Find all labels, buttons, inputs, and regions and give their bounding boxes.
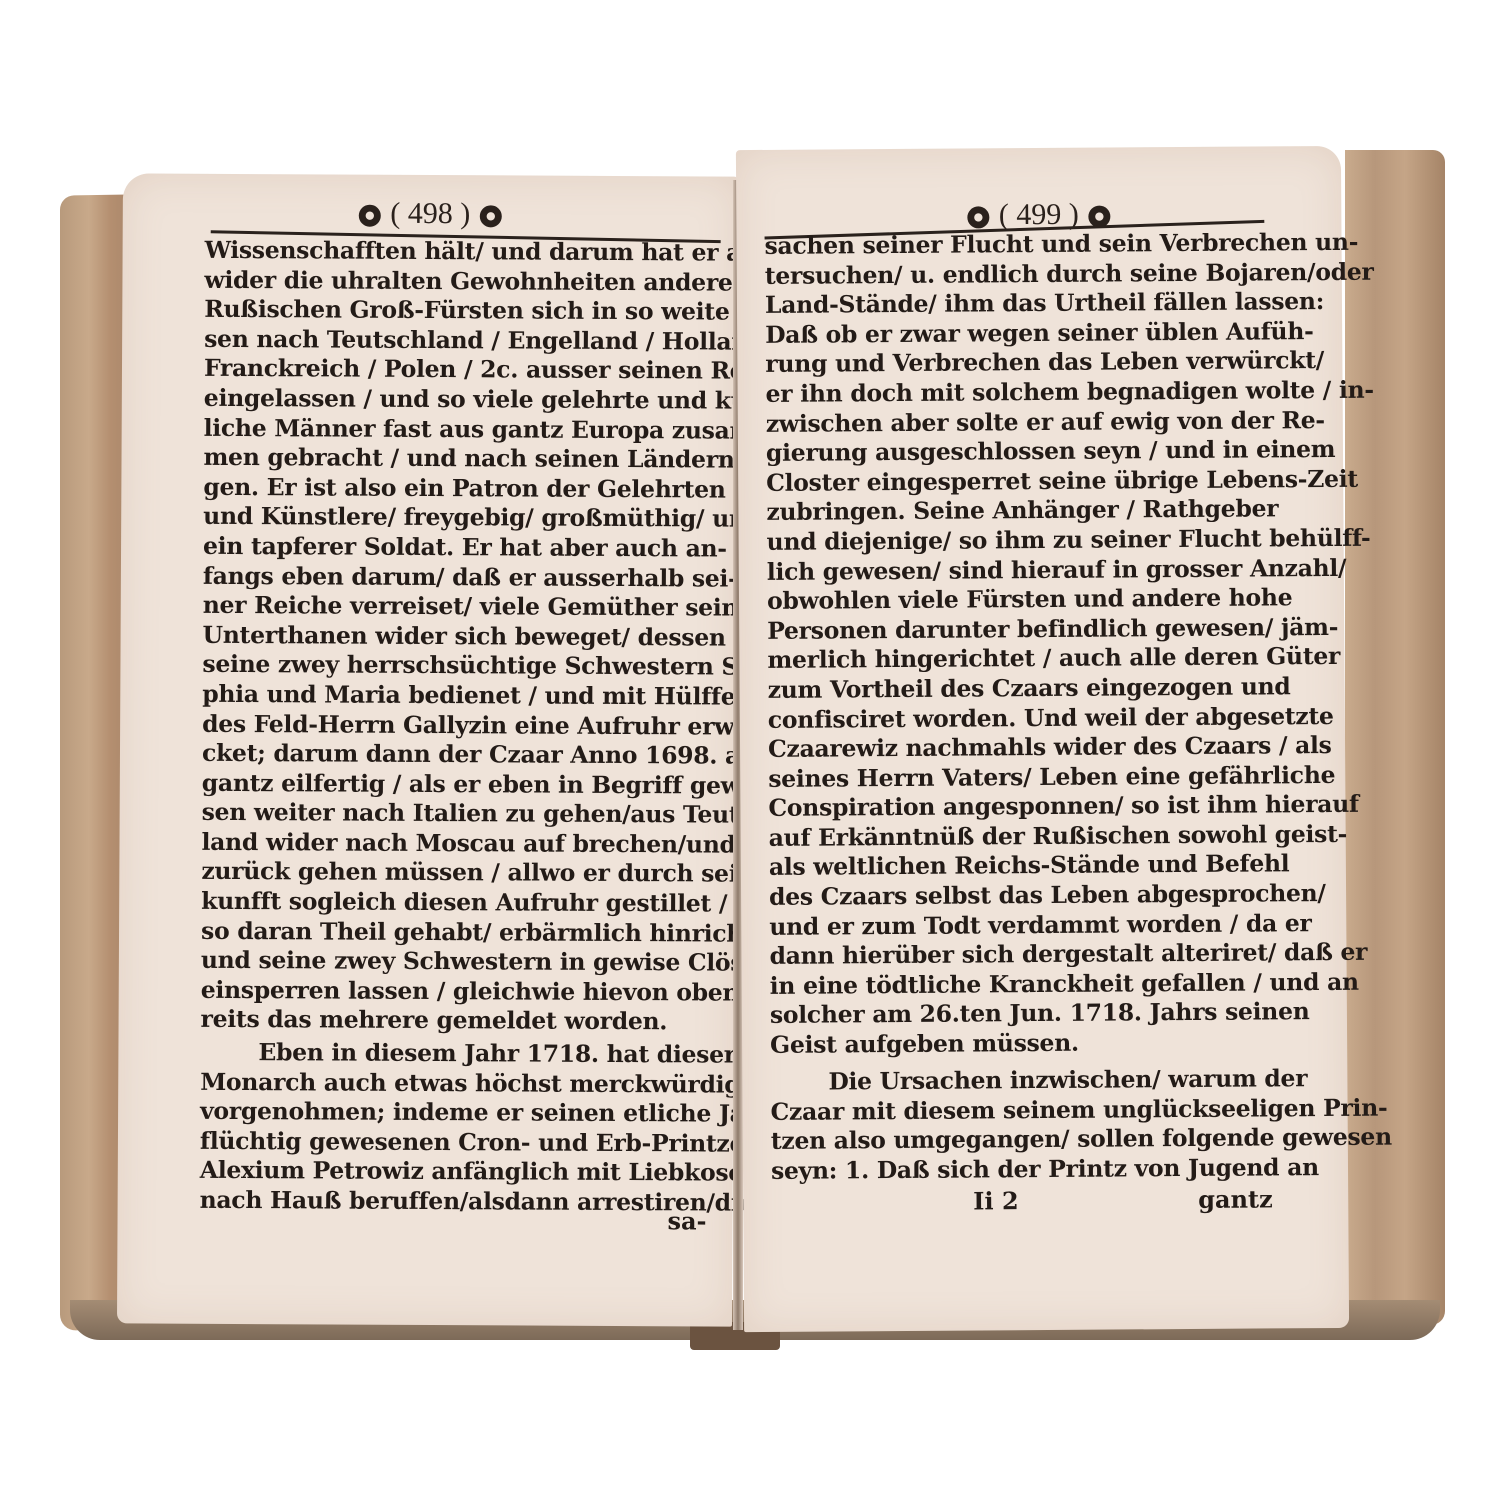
text-line: ner Reiche verreiset/ viele Gemüther sei…	[203, 591, 713, 623]
text-line: Die Ursachen inzwischen/ warum der	[770, 1064, 1280, 1097]
text-line: als weltlichen Reichs-Stände und Befehl	[769, 850, 1279, 883]
text-line: gen. Er ist also ein Patron der Gelehrte…	[203, 473, 713, 505]
page-number: ( 498 )	[390, 197, 470, 230]
right-page-paragraph-2: Die Ursachen inzwischen/ warum derCzaar …	[770, 1064, 1281, 1186]
text-line: lich gewesen/ sind hierauf in grosser An…	[767, 554, 1277, 587]
text-line: ein tapferer Soldat. Er hat aber auch an…	[203, 532, 713, 564]
text-line: Wissenschafften hält/ und darum hat er a…	[205, 236, 715, 268]
text-line: zum Vortheil des Czaars eingezogen und	[768, 672, 1278, 705]
text-line: eingelassen / und so viele gelehrte und …	[204, 384, 714, 416]
text-line: Czaarewiz nachmahls wider des Czaars / a…	[768, 731, 1278, 764]
right-page: ( 499 ) sachen seiner Flucht und sein Ve…	[736, 146, 1349, 1332]
text-line: seyn: 1. Daß sich der Printz von Jugend …	[771, 1153, 1281, 1186]
text-line: sen nach Teutschland / Engelland / Holla…	[204, 325, 714, 357]
text-line: sen weiter nach Italien zu gehen/aus Teu…	[202, 798, 712, 830]
text-line: solcher am 26.ten Jun. 1718. Jahrs seine…	[770, 998, 1280, 1031]
text-line: des Feld-Herrn Gallyzin eine Aufruhr erw…	[202, 709, 712, 741]
text-line: Czaar mit diesem seinem unglückseeligen …	[770, 1094, 1280, 1127]
text-line: dann hierüber sich dergestalt alteriret/…	[769, 939, 1279, 972]
text-line: Land-Stände/ ihm das Urtheil fällen lass…	[765, 288, 1275, 321]
text-line: confisciret worden. Und weil der abgeset…	[768, 702, 1278, 735]
ornament-icon	[480, 205, 502, 227]
catchword: gantz	[1198, 1184, 1273, 1214]
text-line: er ihn doch mit solchem begnadigen wolte…	[765, 376, 1275, 409]
text-line: einsperren lassen / gleichwie hievon obe…	[201, 976, 711, 1008]
left-page-text: Wissenschafften hält/ und darum hat er a…	[201, 236, 715, 1038]
left-page-header: ( 498 )	[123, 195, 738, 232]
text-line: und diejenige/ so ihm zu seiner Flucht b…	[767, 524, 1277, 557]
text-line: gierung ausgeschlossen seyn / und in ein…	[766, 436, 1276, 469]
ornament-icon	[967, 206, 989, 228]
text-line: wider die uhralten Gewohnheiten anderer	[204, 265, 714, 297]
text-line: zubringen. Seine Anhänger / Rathgeber	[766, 495, 1276, 528]
open-book-photo: ( 498 ) Wissenschafften hält/ und darum …	[0, 0, 1500, 1500]
signature-mark: Ii 2	[973, 1186, 1019, 1215]
text-line: Rußischen Groß-Fürsten sich in so weite …	[204, 295, 714, 327]
text-line: des Czaars selbst das Leben abgesprochen…	[769, 879, 1279, 912]
text-line: Geist aufgeben müssen.	[770, 1027, 1280, 1060]
text-line: fangs eben darum/ daß er ausserhalb sei-	[203, 561, 713, 593]
text-line: land wider nach Moscau auf brechen/und d…	[201, 828, 711, 860]
catchword: sa-	[667, 1206, 706, 1235]
text-line: Alexium Petrowiz anfänglich mit Liebkose…	[200, 1156, 710, 1188]
text-line: Unterthanen wider sich beweget/ dessen s…	[203, 621, 713, 653]
text-line: Eben in diesem Jahr 1718. hat dieser	[200, 1038, 710, 1070]
text-line: Conspiration angesponnen/ so ist ihm hie…	[768, 791, 1278, 824]
text-line: gantz eilfertig / als er eben in Begriff…	[202, 769, 712, 801]
text-line: Franckreich / Polen / 2c. ausser seinen …	[204, 354, 714, 386]
text-line: phia und Maria bedienet / und mit Hülffe	[202, 680, 712, 712]
text-line: sachen seiner Flucht und sein Verbrechen…	[764, 228, 1274, 261]
text-line: tersuchen/ u. endlich durch seine Bojare…	[765, 258, 1275, 291]
text-line: liche Männer fast aus gantz Europa zusam…	[204, 413, 714, 445]
text-line: Monarch auch etwas höchst merckwürdiges	[200, 1067, 710, 1099]
text-line: tzen also umgegangen/ sollen folgende ge…	[771, 1124, 1281, 1157]
left-page: ( 498 ) Wissenschafften hält/ und darum …	[117, 173, 738, 1326]
text-line: vorgenohmen; indeme er seinen etliche Ja…	[200, 1097, 710, 1129]
text-line: und er zum Todt verdammt worden / da er	[769, 909, 1279, 942]
text-line: seines Herrn Vaters/ Leben eine gefährli…	[768, 761, 1278, 794]
text-line: Closter eingesperret seine übrige Lebens…	[766, 465, 1276, 498]
text-line: nach Hauß beruffen/alsdann arrestiren/di…	[200, 1186, 710, 1218]
text-line: merlich hingerichtet / auch alle deren G…	[767, 643, 1277, 676]
text-line: Personen darunter befindlich gewesen/ jä…	[767, 613, 1277, 646]
text-line: Daß ob er zwar wegen seiner üblen Aufüh-	[765, 317, 1275, 350]
text-line: zurück gehen müssen / allwo er durch sei…	[201, 857, 711, 889]
right-page-text: sachen seiner Flucht und sein Verbrechen…	[764, 228, 1280, 1060]
text-line: kunfft sogleich diesen Aufruhr gestillet…	[201, 887, 711, 919]
text-line: rung und Verbrechen das Leben verwürckt/	[765, 347, 1275, 380]
text-line: seine zwey herrschsüchtige Schwestern So…	[202, 650, 712, 682]
text-line: auf Erkänntnüß der Rußischen sowohl geis…	[769, 820, 1279, 853]
text-line: reits das mehrere gemeldet worden.	[201, 1005, 711, 1037]
text-line: flüchtig gewesenen Cron- und Erb-Printze…	[200, 1127, 710, 1159]
text-line: zwischen aber solte er auf ewig von der …	[766, 406, 1276, 439]
left-page-paragraph-2: Eben in diesem Jahr 1718. hat dieserMona…	[200, 1038, 711, 1218]
text-line: in eine tödtliche Kranckheit gefallen / …	[770, 968, 1280, 1001]
text-line: und seine zwey Schwestern in gewise Clös…	[201, 946, 711, 978]
text-line: und Künstlere/ freygebig/ großmüthig/ un…	[203, 502, 713, 534]
ornament-icon	[358, 205, 380, 227]
text-line: men gebracht / und nach seinen Ländern g…	[203, 443, 713, 475]
text-line: obwohlen viele Fürsten und andere hohe	[767, 583, 1277, 616]
text-line: cket; darum dann der Czaar Anno 1698. au…	[202, 739, 712, 771]
text-line: so daran Theil gehabt/ erbärmlich hinric…	[201, 916, 711, 948]
